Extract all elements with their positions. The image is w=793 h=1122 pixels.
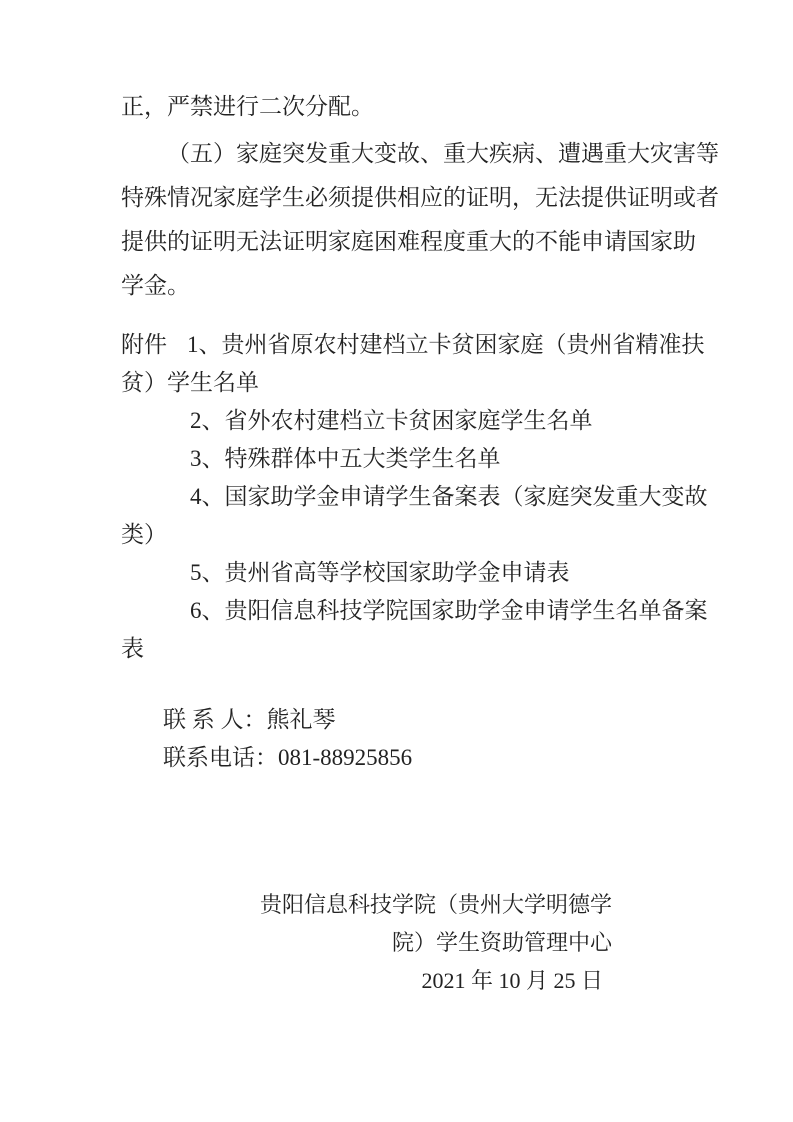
contact-person-name: 熊礼琴 [267,707,336,732]
signature-date: 2021 年 10 月 25 日 [121,962,612,1000]
clause5-line-1: （五）家庭突发重大变故、重大疾病、遭遇重大灾害等 [121,132,673,176]
closing-paragraph-line: 正，严禁进行二次分配。 [121,85,673,129]
contact-block: 联 系 人：熊礼琴 联系电话：081-88925856 [121,701,673,777]
signature-org-line-2: 院）学生资助管理中心 [121,924,612,962]
contact-phone-label: 联系电话： [163,745,278,770]
attachment-item-1-text: 1、贵州省原农村建档立卡贫困家庭（贵州省精准扶 [187,332,705,357]
attachment-item-2: 2、省外农村建档立卡贫困家庭学生名单 [121,402,673,440]
closing-paragraph: 正，严禁进行二次分配。 [121,85,673,129]
attachment-item-6-line-2: 表 [121,630,673,668]
attachments-list: 附件1、贵州省原农村建档立卡贫困家庭（贵州省精准扶 贫）学生名单 2、省外农村建… [121,326,673,668]
contact-person-label: 联 系 人： [163,707,267,732]
signature-block: 贵阳信息科技学院（贵州大学明德学 院）学生资助管理中心 2021 年 10 月 … [121,886,612,1000]
signature-org-line-1: 贵阳信息科技学院（贵州大学明德学 [121,886,612,924]
clause5-line-3: 提供的证明无法证明家庭困难程度重大的不能申请国家助 [121,220,673,264]
attachment-item-5: 5、贵州省高等学校国家助学金申请表 [121,554,673,592]
contact-phone-line: 联系电话：081-88925856 [121,739,673,777]
attachment-item-6-line-1: 6、贵阳信息科技学院国家助学金申请学生名单备案 [121,592,673,630]
clause5-line-2: 特殊情况家庭学生必须提供相应的证明，无法提供证明或者 [121,176,673,220]
attachment-item-1-line-1: 附件1、贵州省原农村建档立卡贫困家庭（贵州省精准扶 [121,326,673,364]
clause5-line-4: 学金。 [121,264,673,308]
attachment-item-4-line-1: 4、国家助学金申请学生备案表（家庭突发重大变故 [121,478,673,516]
contact-phone-number: 081-88925856 [278,745,412,770]
attachment-item-3: 3、特殊群体中五大类学生名单 [121,440,673,478]
attachment-item-1-line-2: 贫）学生名单 [121,364,673,402]
attachment-item-4-line-2: 类） [121,516,673,554]
attachments-label: 附件 [121,332,167,357]
document-page: 正，严禁进行二次分配。 （五）家庭突发重大变故、重大疾病、遭遇重大灾害等 特殊情… [0,0,793,1122]
clause5-paragraph: （五）家庭突发重大变故、重大疾病、遭遇重大灾害等 特殊情况家庭学生必须提供相应的… [121,132,673,308]
contact-person-line: 联 系 人：熊礼琴 [121,701,673,739]
